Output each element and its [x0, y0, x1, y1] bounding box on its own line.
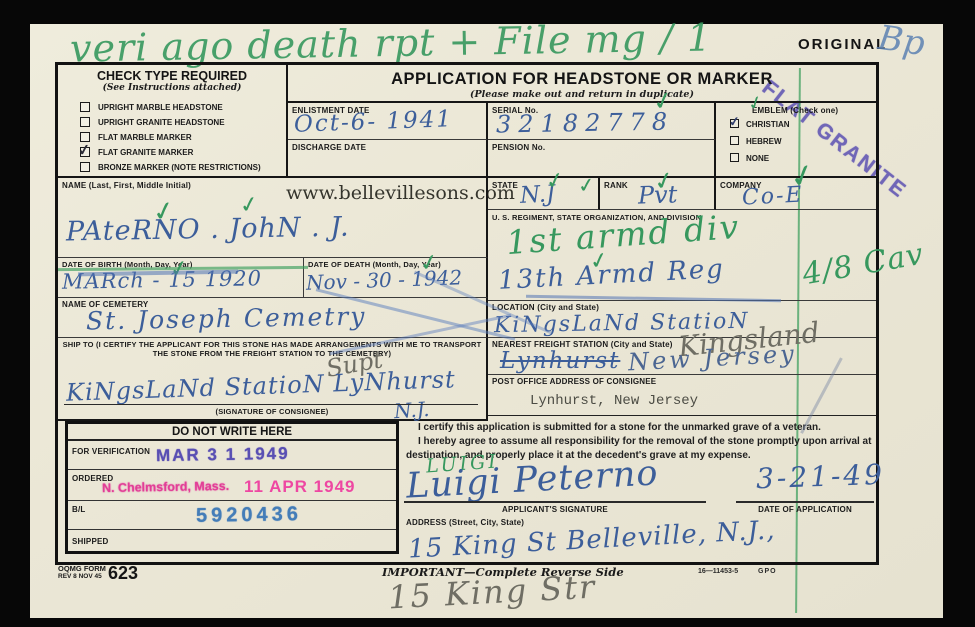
form-title-cell: APPLICATION FOR HEADSTONE OR MARKER (Ple…	[288, 65, 876, 103]
top-handwritten-note: veri ago death rpt + File mg / 1	[70, 18, 713, 67]
ship-to-label-line2: THE STONE FROM THE FREIGHT STATION TO TH…	[58, 349, 486, 358]
state-label: STATE	[492, 181, 518, 190]
name-cell: NAME (Last, First, Middle Initial) PAteR…	[58, 178, 488, 258]
dnw-title-row: DO NOT WRITE HERE	[68, 424, 396, 441]
shipped-label: SHIPPED	[72, 537, 109, 546]
name-value: PAteRNO . JohN . J.	[66, 214, 350, 246]
print-code: 16—11453-5	[698, 568, 738, 575]
king-str-pencil-note: 15 King Str	[387, 571, 597, 614]
dnw-verification-row: FOR VERIFICATION MAR 3 1 1949	[68, 443, 396, 470]
regiment-blue-value: 13th Armd Reg	[497, 256, 725, 294]
dnw-shipped-row: SHIPPED	[68, 530, 396, 551]
address-label: ADDRESS (Street, City, State)	[406, 518, 524, 527]
post-office-value: Lynhurst, New Jersey	[530, 393, 698, 409]
checkbox-none	[730, 153, 739, 162]
form-code-rev: REV 8 NOV 45	[58, 573, 102, 580]
consignee-line	[64, 404, 478, 405]
emblem-option-label: HEBREW	[746, 137, 782, 146]
form-subtitle: (Please make out and return in duplicate…	[288, 89, 876, 100]
enlistment-date-cell: ENLISTMENT DATE Oct-6- 1941	[288, 103, 488, 140]
application-date-line	[736, 501, 874, 503]
form-code-name: OQMG FORM	[58, 564, 106, 573]
ordered-place-stamp: N. Chelmsford, Mass.	[102, 479, 229, 495]
cemetery-cell: NAME OF CEMETERY St. Joseph Cemetry	[58, 298, 488, 338]
freight-station-cell: NEAREST FREIGHT STATION (City and State)…	[488, 338, 876, 375]
dnw-ordered-row: ORDERED N. Chelmsford, Mass. 11 APR 1949	[68, 470, 396, 501]
serial-no-value: 32182778	[496, 109, 675, 136]
application-date-caption: DATE OF APPLICATION	[736, 505, 874, 514]
green-checkmark: ✓	[576, 172, 596, 198]
pen-initials: Bp	[876, 21, 927, 61]
pension-no-label: PENSION No.	[492, 143, 545, 152]
checkbox-upright-marble	[80, 102, 90, 112]
cemetery-value: St. Joseph Cemetry	[86, 304, 367, 334]
applicant-signature-caption: APPLICANT'S SIGNATURE	[404, 505, 706, 514]
ship-to-label-line1: SHIP TO (I CERTIFY THE APPLICANT FOR THI…	[58, 340, 486, 349]
check-mark-icon: ✓	[77, 140, 92, 160]
for-verification-label: FOR VERIFICATION	[72, 447, 150, 456]
signature-line	[404, 501, 706, 503]
discharge-date-cell: DISCHARGE DATE	[288, 140, 488, 178]
serial-no-cell: SERIAL No. 32182778	[488, 103, 716, 140]
emblem-option-label: NONE	[746, 154, 769, 163]
checkbox-bronze	[80, 162, 90, 172]
location-label: LOCATION (City and State)	[492, 303, 599, 312]
checkbox-upright-granite	[80, 117, 90, 127]
checkbox-label: UPRIGHT GRANITE HEADSTONE	[98, 118, 225, 127]
form-outline: CHECK TYPE REQUIRED (See Instructions at…	[55, 62, 879, 565]
paper-sheet: veri ago death rpt + File mg / 1 ORIGINA…	[30, 24, 943, 618]
rank-label: RANK	[604, 181, 628, 190]
bl-label: B/L	[72, 505, 86, 514]
dnw-bl-row: B/L 5920436	[68, 501, 396, 530]
checkbox-label: UPRIGHT MARBLE HEADSTONE	[98, 103, 223, 112]
freight-station-struck: Lynhurst	[500, 350, 620, 373]
dnw-title: DO NOT WRITE HERE	[68, 426, 396, 438]
check-type-panel: CHECK TYPE REQUIRED (See Instructions at…	[58, 65, 288, 178]
pension-no-cell: PENSION No.	[488, 140, 716, 178]
ordered-date-stamp: 11 APR 1949	[244, 477, 356, 497]
certification-line1: I certify this application is submitted …	[418, 421, 870, 435]
date-of-birth-value: MARch - 15 1920	[62, 268, 262, 292]
verification-date-stamp: MAR 3 1 1949	[156, 444, 290, 466]
consignee-caption: (SIGNATURE OF CONSIGNEE)	[58, 407, 486, 416]
applicant-signature-value: Luigi Peterno	[405, 456, 659, 504]
post-office-cell: POST OFFICE ADDRESS OF CONSIGNEE Lynhurs…	[488, 375, 876, 416]
checkbox-label: FLAT GRANITE MARKER	[98, 148, 193, 157]
date-of-death-cell: DATE OF DEATH (Month, Day, Year) Nov - 3…	[303, 258, 488, 298]
ship-to-cell: SHIP TO (I CERTIFY THE APPLICANT FOR THI…	[58, 338, 488, 421]
checkbox-hebrew	[730, 136, 739, 145]
scanned-document: veri ago death rpt + File mg / 1 ORIGINA…	[0, 0, 975, 627]
discharge-date-label: DISCHARGE DATE	[292, 143, 366, 152]
do-not-write-box: DO NOT WRITE HERE FOR VERIFICATION MAR 3…	[65, 421, 399, 554]
gpo-label: GPO	[758, 568, 777, 575]
application-date-value: 3-21-49	[756, 461, 886, 493]
check-mark-icon: ✓	[728, 113, 741, 130]
checkbox-label: FLAT MARBLE MARKER	[98, 133, 192, 142]
original-label: ORIGINAL	[798, 36, 887, 53]
freight-station-value: New Jersey	[627, 342, 797, 375]
form-title: APPLICATION FOR HEADSTONE OR MARKER	[288, 70, 876, 89]
checkbox-label: BRONZE MARKER (NOTE RESTRICTIONS)	[98, 163, 261, 172]
bl-number-stamp: 5920436	[196, 503, 302, 528]
name-label: NAME (Last, First, Middle Initial)	[62, 181, 191, 190]
post-office-label: POST OFFICE ADDRESS OF CONSIGNEE	[492, 377, 656, 386]
form-number: 623	[108, 563, 138, 584]
enlistment-date-value: Oct-6- 1941	[294, 108, 454, 137]
emblem-option-label: CHRISTIAN	[746, 120, 790, 129]
check-type-subtitle: (See Instructions attached)	[58, 83, 286, 93]
check-type-title: CHECK TYPE REQUIRED	[58, 69, 286, 83]
